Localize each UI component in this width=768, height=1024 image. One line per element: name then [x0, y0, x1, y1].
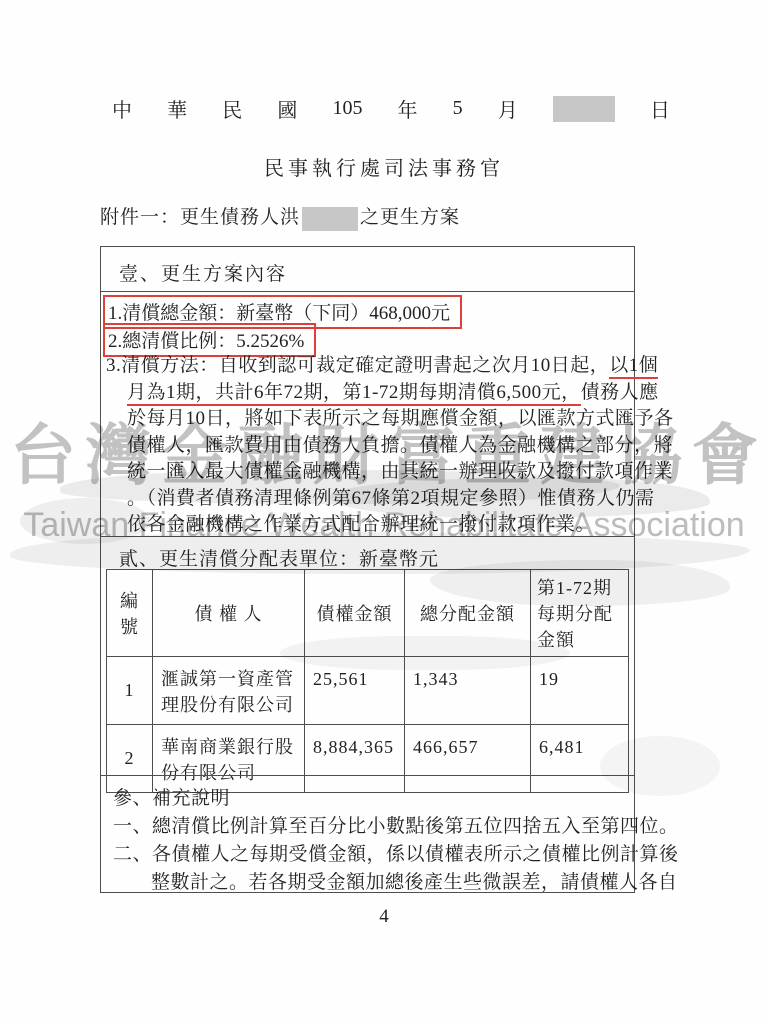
total-distribution: 1,343 — [405, 657, 531, 725]
paragraph-line: 統一匯入最大債權金融機構，由其統一辦理收款及撥付款項作業 — [106, 459, 628, 486]
redacted-name-box — [302, 207, 358, 231]
paragraph-line: 。（消費者債務清理條例第67條第2項規定參照）惟債務人仍需 — [106, 486, 628, 513]
date-char: 月 — [498, 94, 518, 123]
header-creditor: 債 權 人 — [153, 570, 305, 657]
note-line: 一、總清償比例計算至百分比小數點後第五位四捨五入至第四位。 — [113, 813, 628, 841]
note-line: 二、各債權人之每期受償金額，係以債權表所示之債權比例計算後 — [113, 841, 628, 869]
page-number: 4 — [0, 906, 768, 928]
header-total-distribution: 總分配金額 — [405, 570, 531, 657]
divider-line — [101, 291, 634, 292]
attachment-heading: 附件一：更生債務人洪之更生方案 — [100, 202, 460, 231]
attachment-prefix: 附件一：更生債務人洪 — [100, 207, 300, 228]
header-claim-amount: 債權金額 — [305, 570, 405, 657]
table-row: 2 華南商業銀行股份有限公司 8,884,365 466,657 6,481 — [107, 725, 629, 793]
scanned-document-page: 中 華 民 國 105 年 5 月 日 民事執行處司法事務官 附件一：更生債務人… — [0, 0, 768, 1024]
section3-title: 參、補充說明 — [113, 785, 628, 813]
judicial-officer-title: 民事執行處司法事務官 — [0, 152, 768, 181]
note-line: 整數計之。若各期受金額加總後產生些微誤差，請債權人各自 — [113, 869, 628, 897]
total-distribution: 466,657 — [405, 725, 531, 793]
creditor-name: 滙誠第一資產管理股份有限公司 — [153, 657, 305, 725]
date-month: 5 — [453, 97, 463, 120]
section2-title: 貳、更生清償分配表單位：新臺幣元 — [119, 544, 439, 571]
redacted-day-box — [553, 96, 615, 122]
red-underlined-text: 月為1期，共計6年72期，第1-72期每期清償6,500元， — [127, 382, 581, 406]
divider-line — [101, 536, 634, 537]
rehabilitation-plan-box: 壹、更生方案內容 1.清償總金額：新臺幣（下同）468,000元 2.總清償比例… — [100, 246, 635, 893]
creditor-name: 華南商業銀行股份有限公司 — [153, 725, 305, 793]
row-number: 1 — [107, 657, 153, 725]
per-period-amount: 6,481 — [531, 725, 629, 793]
per-period-amount: 19 — [531, 657, 629, 725]
claim-amount: 25,561 — [305, 657, 405, 725]
claim-amount: 8,884,365 — [305, 725, 405, 793]
watermark-char: 台 — [10, 422, 76, 488]
divider-line — [101, 775, 634, 776]
date-char: 年 — [398, 94, 418, 123]
table-row: 1 滙誠第一資產管理股份有限公司 25,561 1,343 19 — [107, 657, 629, 725]
red-underlined-text: 以1個 — [609, 355, 658, 379]
date-day-suffix: 日 — [650, 94, 670, 123]
date-char: 民 — [222, 94, 242, 123]
supplementary-notes: 參、補充說明 一、總清償比例計算至百分比小數點後第五位四捨五入至第四位。 二、各… — [113, 785, 628, 897]
paragraph-line: 月為1期，共計6年72期，第1-72期每期清償6,500元，債務人應 — [106, 380, 628, 407]
paragraph-line: 依各金融機構之作業方式配合辦理統一撥付款項作業。 — [106, 512, 628, 539]
paragraph-line: 3.清償方法：自收到認可裁定確定證明書起之次月10日起，以1個 — [106, 353, 628, 380]
attachment-suffix: 之更生方案 — [360, 207, 460, 228]
header-number: 編號 — [107, 570, 153, 657]
date-char: 中 — [112, 94, 132, 123]
date-char: 國 — [277, 94, 297, 123]
total-repayment-ratio-highlighted: 2.總清償比例：5.2526% — [103, 323, 316, 357]
date-char: 華 — [167, 94, 187, 123]
row-number: 2 — [107, 725, 153, 793]
date-year: 105 — [332, 97, 362, 120]
distribution-table: 編號 債 權 人 債權金額 總分配金額 第1-72期每期分配金額 1 滙誠第一資… — [106, 569, 629, 793]
paragraph-line: 於每月10日，將如下表所示之每期應償金額，以匯款方式匯予各 — [106, 406, 628, 433]
section1-title: 壹、更生方案內容 — [119, 259, 287, 286]
roc-date-line: 中 華 民 國 105 年 5 月 日 — [112, 94, 670, 123]
repayment-method-paragraph: 3.清償方法：自收到認可裁定確定證明書起之次月10日起，以1個 月為1期，共計6… — [106, 353, 628, 539]
paragraph-line: 債權人，匯款費用由債務人負擔。債權人為金融機構之部分，將 — [106, 433, 628, 460]
header-per-period-distribution: 第1-72期每期分配金額 — [531, 570, 629, 657]
watermark-char: 會 — [692, 422, 758, 488]
table-header-row: 編號 債 權 人 債權金額 總分配金額 第1-72期每期分配金額 — [107, 570, 629, 657]
